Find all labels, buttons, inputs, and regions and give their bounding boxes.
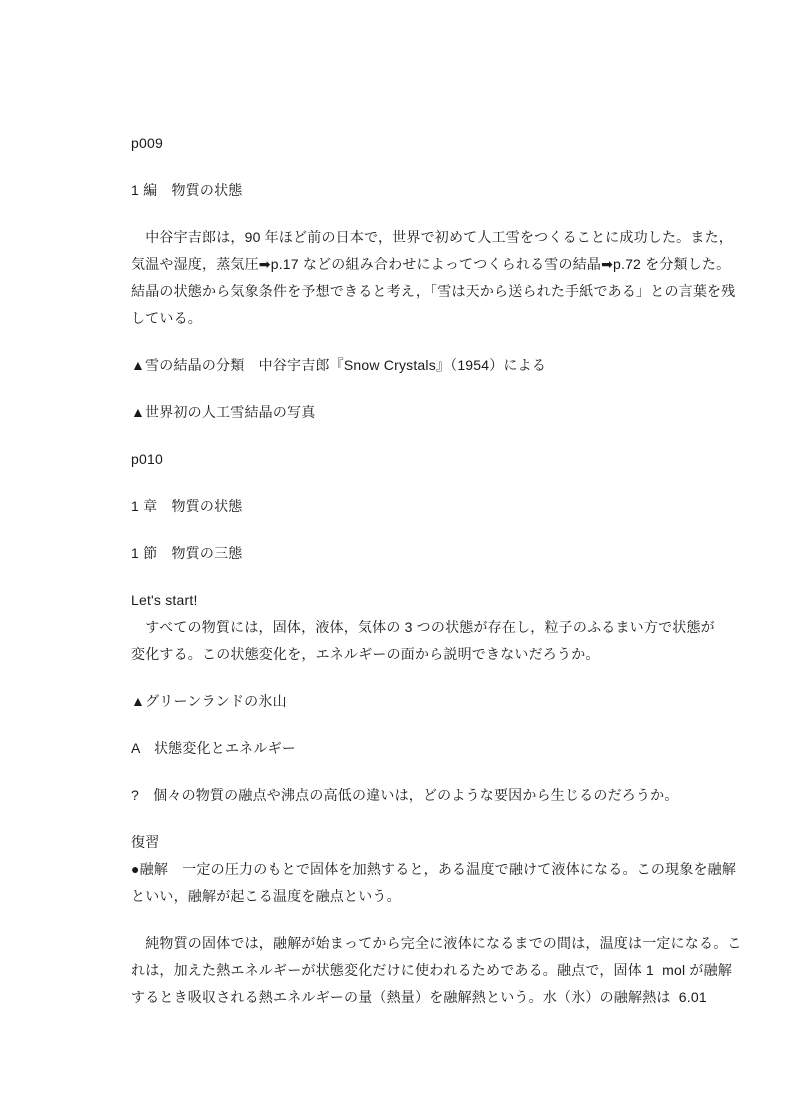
paragraph-line: れは，加えた熱エネルギーが状態変化だけに使われるためである。融点で，固体 1 m…	[131, 957, 676, 984]
page-number: p010	[131, 446, 676, 473]
figure-caption: ▲世界初の人工雪結晶の写真	[131, 399, 676, 426]
chapter-heading-text: 1 章 物質の状態	[131, 493, 676, 520]
paragraph-line: 中谷宇吉郎は，90 年ほど前の日本で，世界で初めて人工雪をつくることに成功した。…	[131, 224, 676, 251]
lets-start-label: Let's start!	[131, 587, 676, 614]
review-block: 復習 ●融解 一定の圧力のもとで固体を加熱すると，ある温度で融けて液体になる。こ…	[131, 829, 676, 910]
paragraph-line: ●融解 一定の圧力のもとで固体を加熱すると，ある温度で融けて液体になる。この現象…	[131, 856, 676, 883]
figure-caption-text: ▲世界初の人工雪結晶の写真	[131, 399, 676, 426]
paragraph-line: といい，融解が起こる温度を融点という。	[131, 883, 676, 910]
lets-start-block: Let's start! すべての物質には，固体，液体，気体の 3 つの状態が存…	[131, 587, 676, 668]
section-heading-text: 1 節 物質の三態	[131, 540, 676, 567]
paragraph-line: すべての物質には，固体，液体，気体の 3 つの状態が存在し，粒子のふるまい方で状…	[131, 614, 676, 641]
paragraph-line: している。	[131, 305, 676, 332]
page-number-text: p009	[131, 130, 676, 157]
paragraph-line: 変化する。この状態変化を，エネルギーの面から説明できないだろうか。	[131, 641, 676, 668]
subsection-heading-text: A 状態変化とエネルギー	[131, 735, 676, 762]
paragraph-line: するとき吸収される熱エネルギーの量（熱量）を融解熱という。水（氷）の融解熱は 6…	[131, 984, 676, 1011]
paragraph-line: 純物質の固体では，融解が始まってから完全に液体になるまでの間は，温度は一定になる…	[131, 930, 676, 957]
paragraph-line: 気温や湿度，蒸気圧➡p.17 などの組み合わせによってつくられる雪の結晶➡p.7…	[131, 251, 676, 278]
chapter-heading: 1 章 物質の状態	[131, 493, 676, 520]
figure-caption-text: ▲雪の結晶の分類 中谷宇吉郎『Snow Crystals』（1954）による	[131, 352, 676, 379]
inquiry-question: ? 個々の物質の融点や沸点の高低の違いは，どのような要因から生じるのだろうか。	[131, 782, 676, 809]
subsection-heading: A 状態変化とエネルギー	[131, 735, 676, 762]
figure-caption-text: ▲グリーンランドの氷山	[131, 688, 676, 715]
inquiry-question-text: ? 個々の物質の融点や沸点の高低の違いは，どのような要因から生じるのだろうか。	[131, 782, 676, 809]
review-label: 復習	[131, 829, 676, 856]
page-number: p009	[131, 130, 676, 157]
paragraph-line: 結晶の状態から気象条件を予想できると考え，「雪は天から送られた手紙である」との言…	[131, 278, 676, 305]
part-heading: 1 編 物質の状態	[131, 177, 676, 204]
figure-caption: ▲グリーンランドの氷山	[131, 688, 676, 715]
page-number-text: p010	[131, 446, 676, 473]
part-heading-text: 1 編 物質の状態	[131, 177, 676, 204]
document-page: p009 1 編 物質の状態 中谷宇吉郎は，90 年ほど前の日本で，世界で初めて…	[131, 130, 676, 1011]
intro-paragraph: 中谷宇吉郎は，90 年ほど前の日本で，世界で初めて人工雪をつくることに成功した。…	[131, 224, 676, 332]
figure-caption: ▲雪の結晶の分類 中谷宇吉郎『Snow Crystals』（1954）による	[131, 352, 676, 379]
body-paragraph: 純物質の固体では，融解が始まってから完全に液体になるまでの間は，温度は一定になる…	[131, 930, 676, 1011]
section-heading: 1 節 物質の三態	[131, 540, 676, 567]
